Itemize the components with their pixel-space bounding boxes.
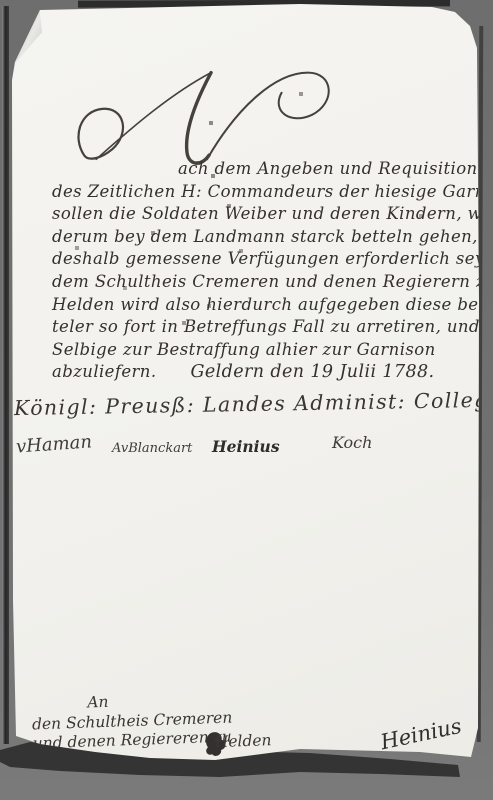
letter-body: ach dem Angeben und Requisition des Zeit… [52, 158, 482, 384]
address-block: An den Schultheis Cremeren und denen Reg… [31, 689, 233, 754]
bottom-signature: Heinius [378, 714, 463, 755]
dateline: Geldern den 19 Julii 1788. [190, 361, 434, 384]
body-line: derum bey dem Landmann starck betteln ge… [52, 226, 482, 249]
body-line: des Zeitlichen H: Commandeurs der hiesig… [52, 181, 482, 204]
signature: vHaman [15, 431, 92, 457]
body-line: sollen die Soldaten Weiber und deren Kin… [52, 203, 482, 226]
paper-specks [0, 0, 2, 2]
folded-corner [12, 9, 42, 67]
closing-word: abzuliefern. [52, 362, 156, 381]
signature: Koch [332, 433, 372, 452]
closing-line: abzuliefern.Geldern den 19 Julii 1788. [52, 361, 482, 384]
signature: Heinius [212, 437, 280, 456]
body-line: Selbige zur Bestraffung alhier zur Garni… [52, 339, 482, 362]
signature: AvBlanckart [112, 441, 192, 456]
body-line: teler so fort in Betreffungs Fall zu arr… [52, 316, 482, 339]
body-line: ach dem Angeben und Requisition [52, 158, 482, 181]
scanned-document: ach dem Angeben und Requisition des Zeit… [0, 0, 493, 800]
scan-edge-left [2, 6, 9, 744]
body-line: deshalb gemessene Verfügungen erforderli… [52, 248, 482, 271]
address-line: Helden [214, 731, 271, 751]
body-line: Helden wird also hierdurch aufgegeben di… [52, 294, 482, 317]
body-line: dem Schultheis Cremeren und denen Regier… [52, 271, 482, 294]
institution-line: Königl: Preusß: Landes Administ: Collegi… [14, 388, 484, 420]
letter-page: ach dem Angeben und Requisition des Zeit… [0, 0, 493, 800]
